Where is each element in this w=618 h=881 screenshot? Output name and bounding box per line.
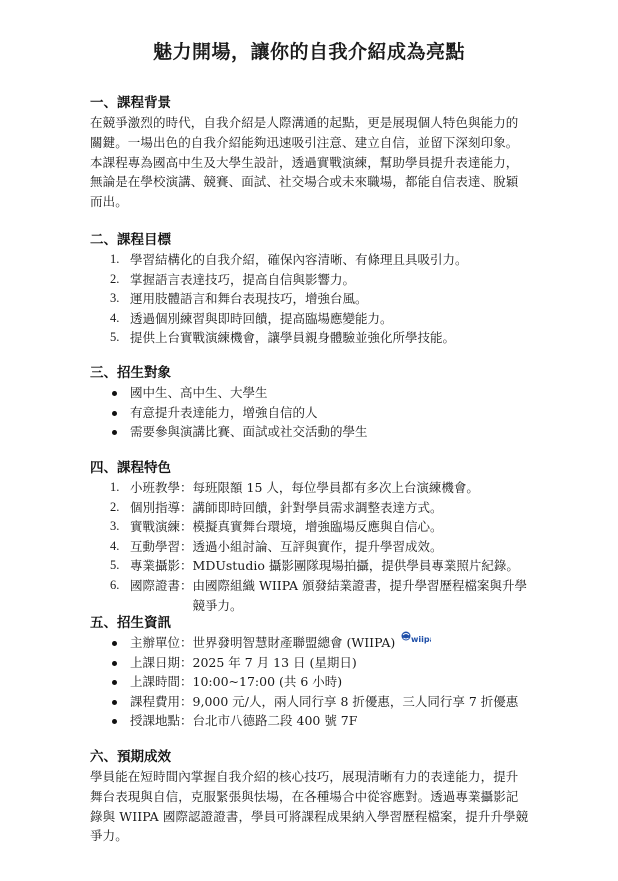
list-item: 2.掌握語言表達技巧，提高自信與影響力。 [90, 270, 530, 290]
list-text: 有意提升表達能力，增強自信的人 [130, 405, 318, 420]
section-heading: 三、招生對象 [90, 363, 530, 383]
list-item: 4.互動學習：透過小組討論、互評與實作，提升學習成效。 [90, 537, 530, 557]
list-text: 掌握語言表達技巧，提高自信與影響力。 [130, 272, 355, 287]
feature-desc: 模擬真實舞台環境，增強臨場反應與自信心。 [193, 517, 530, 537]
feature-term: 專業攝影： [130, 556, 193, 576]
bullet-icon [112, 700, 117, 705]
section-body: 學員能在短時間內掌握自我介紹的核心技巧，展現清晰有力的表達能力，提升 舞台表現與… [90, 767, 530, 846]
list-number: 6. [110, 576, 128, 596]
list-text: 提供上台實戰演練機會，讓學員親身體驗並強化所學技能。 [130, 330, 455, 345]
document-title: 魅力開場，讓你的自我介紹成為亮點 [0, 40, 618, 64]
info-term: 課程費用： [130, 694, 193, 709]
body-line: 在競爭激烈的時代，自我介紹是人際溝通的起點，更是展現個人特色與能力的 [90, 113, 530, 133]
section-outcomes: 六、預期成效 學員能在短時間內掌握自我介紹的核心技巧，展現清晰有力的表達能力，提… [90, 747, 530, 846]
feature-term: 國際證書： [130, 576, 193, 615]
list-number: 5. [110, 328, 128, 348]
body-line: 錄與 WIIPA 國際認證證書，學員可將課程成果納入學習歷程檔案，提升升學競 [90, 807, 530, 827]
list-number: 2. [110, 498, 128, 518]
list-item: 國中生、高中生、大學生 [90, 383, 530, 403]
bullet-icon [112, 661, 117, 666]
bullet-icon [112, 641, 117, 646]
info-term: 上課日期： [130, 655, 193, 670]
list-text: 運用肢體語言和舞台表現技巧，增強台風。 [130, 291, 368, 306]
info-term: 主辦單位： [130, 635, 193, 650]
section-audience: 三、招生對象 國中生、高中生、大學生 有意提升表達能力，增強自信的人 需要參與演… [90, 363, 530, 442]
numbered-list: 1.小班教學：每班限額 15 人，每位學員都有多次上台演練機會。 2.個別指導：… [90, 478, 530, 615]
body-line: 舞台表現與自信，克服緊張與怯場，在各種場合中從容應對。透過專業攝影記 [90, 787, 530, 807]
list-text: 透過個別練習與即時回饋，提高臨場應變能力。 [130, 311, 393, 326]
list-item: 6.國際證書：由國際組織 WIIPA 頒發結業證書，提升學習歷程檔案與升學競爭力… [90, 576, 530, 615]
list-item: 需要參與演講比賽、面試或社交活動的學生 [90, 422, 530, 442]
list-number: 1. [110, 478, 128, 498]
feature-desc: 講師即時回饋，針對學員需求調整表達方式。 [193, 498, 530, 518]
list-item: 1.小班教學：每班限額 15 人，每位學員都有多次上台演練機會。 [90, 478, 530, 498]
list-item: 1.學習結構化的自我介紹，確保內容清晰、有條理且具吸引力。 [90, 250, 530, 270]
section-heading: 二、課程目標 [90, 230, 530, 250]
info-term: 上課時間： [130, 674, 193, 689]
list-item: 有意提升表達能力，增強自信的人 [90, 403, 530, 423]
section-background: 一、課程背景 在競爭激烈的時代，自我介紹是人際溝通的起點，更是展現個人特色與能力… [90, 93, 530, 212]
list-text: 國中生、高中生、大學生 [130, 385, 268, 400]
info-desc: 2025 年 7 月 13 日 (星期日) [193, 655, 357, 670]
wiipa-logo-icon: wiipa [401, 630, 431, 644]
list-text: 需要參與演講比賽、面試或社交活動的學生 [130, 424, 368, 439]
body-line: 而出。 [90, 192, 530, 212]
list-item: 5.專業攝影：MDUstudio 攝影團隊現場拍攝，提供學員專業照片紀錄。 [90, 556, 530, 576]
body-line: 關鍵。一場出色的自我介紹能夠迅速吸引注意、建立自信，並留下深刻印象。 [90, 133, 530, 153]
list-item: 5.提供上台實戰演練機會，讓學員親身體驗並強化所學技能。 [90, 328, 530, 348]
feature-term: 實戰演練： [130, 517, 193, 537]
list-item: 3.運用肢體語言和舞台表現技巧，增強台風。 [90, 289, 530, 309]
info-desc: 10:00~17:00 (共 6 小時) [193, 674, 343, 689]
bullet-icon [112, 680, 117, 685]
info-desc: 9,000 元/人，兩人同行享 8 折優惠，三人同行享 7 折優惠 [193, 694, 519, 709]
feature-term: 個別指導： [130, 498, 193, 518]
bullet-icon [112, 391, 117, 396]
list-item: 上課日期：2025 年 7 月 13 日 (星期日) [90, 653, 530, 673]
section-body: 在競爭激烈的時代，自我介紹是人際溝通的起點，更是展現個人特色與能力的 關鍵。一場… [90, 113, 530, 212]
svg-text:wiipa: wiipa [411, 635, 431, 644]
section-heading: 六、預期成效 [90, 747, 530, 767]
section-heading: 四、課程特色 [90, 458, 530, 478]
feature-term: 小班教學： [130, 478, 193, 498]
list-item: 課程費用：9,000 元/人，兩人同行享 8 折優惠，三人同行享 7 折優惠 [90, 692, 530, 712]
list-number: 3. [110, 289, 128, 309]
body-line: 本課程專為國高中生及大學生設計，透過實戰演練，幫助學員提升表達能力， [90, 153, 530, 173]
bullet-icon [112, 411, 117, 416]
list-number: 2. [110, 270, 128, 290]
bullet-list: 國中生、高中生、大學生 有意提升表達能力，增強自信的人 需要參與演講比賽、面試或… [90, 383, 530, 442]
section-goals: 二、課程目標 1.學習結構化的自我介紹，確保內容清晰、有條理且具吸引力。 2.掌… [90, 230, 530, 348]
feature-desc: 透過小組討論、互評與實作，提升學習成效。 [193, 537, 530, 557]
section-enrollment: 五、招生資訊 主辦單位：世界發明智慧財產聯盟總會 (WIIPA)wiipa 上課… [90, 613, 530, 731]
info-term: 授課地點： [130, 713, 193, 728]
section-heading: 五、招生資訊 [90, 613, 530, 633]
list-number: 4. [110, 537, 128, 557]
body-line: 爭力。 [90, 826, 530, 846]
list-number: 5. [110, 556, 128, 576]
section-features: 四、課程特色 1.小班教學：每班限額 15 人，每位學員都有多次上台演練機會。 … [90, 458, 530, 615]
numbered-list: 1.學習結構化的自我介紹，確保內容清晰、有條理且具吸引力。 2.掌握語言表達技巧… [90, 250, 530, 348]
info-desc: 世界發明智慧財產聯盟總會 (WIIPA) [193, 635, 396, 650]
list-item: 2.個別指導：講師即時回饋，針對學員需求調整表達方式。 [90, 498, 530, 518]
list-item: 3.實戰演練：模擬真實舞台環境，增強臨場反應與自信心。 [90, 517, 530, 537]
feature-desc: 每班限額 15 人，每位學員都有多次上台演練機會。 [193, 478, 530, 498]
info-desc: 台北市八德路二段 400 號 7F [193, 713, 358, 728]
feature-desc: MDUstudio 攝影團隊現場拍攝，提供學員專業照片紀錄。 [193, 556, 530, 576]
list-number: 3. [110, 517, 128, 537]
list-text: 學習結構化的自我介紹，確保內容清晰、有條理且具吸引力。 [130, 252, 468, 267]
list-item: 4.透過個別練習與即時回饋，提高臨場應變能力。 [90, 309, 530, 329]
section-heading: 一、課程背景 [90, 93, 530, 113]
body-line: 學員能在短時間內掌握自我介紹的核心技巧，展現清晰有力的表達能力，提升 [90, 767, 530, 787]
feature-desc: 由國際組織 WIIPA 頒發結業證書，提升學習歷程檔案與升學競爭力。 [193, 576, 530, 615]
list-number: 4. [110, 309, 128, 329]
list-item: 上課時間：10:00~17:00 (共 6 小時) [90, 672, 530, 692]
bullet-icon [112, 430, 117, 435]
list-item: 主辦單位：世界發明智慧財產聯盟總會 (WIIPA)wiipa [90, 633, 530, 653]
bullet-list: 主辦單位：世界發明智慧財產聯盟總會 (WIIPA)wiipa 上課日期：2025… [90, 633, 530, 731]
body-line: 無論是在學校演講、競賽、面試、社交場合或未來職場，都能自信表達、脫穎 [90, 172, 530, 192]
list-item: 授課地點：台北市八德路二段 400 號 7F [90, 711, 530, 731]
document-page: 魅力開場，讓你的自我介紹成為亮點 一、課程背景 在競爭激烈的時代，自我介紹是人際… [0, 0, 618, 881]
list-number: 1. [110, 250, 128, 270]
feature-term: 互動學習： [130, 537, 193, 557]
bullet-icon [112, 719, 117, 724]
